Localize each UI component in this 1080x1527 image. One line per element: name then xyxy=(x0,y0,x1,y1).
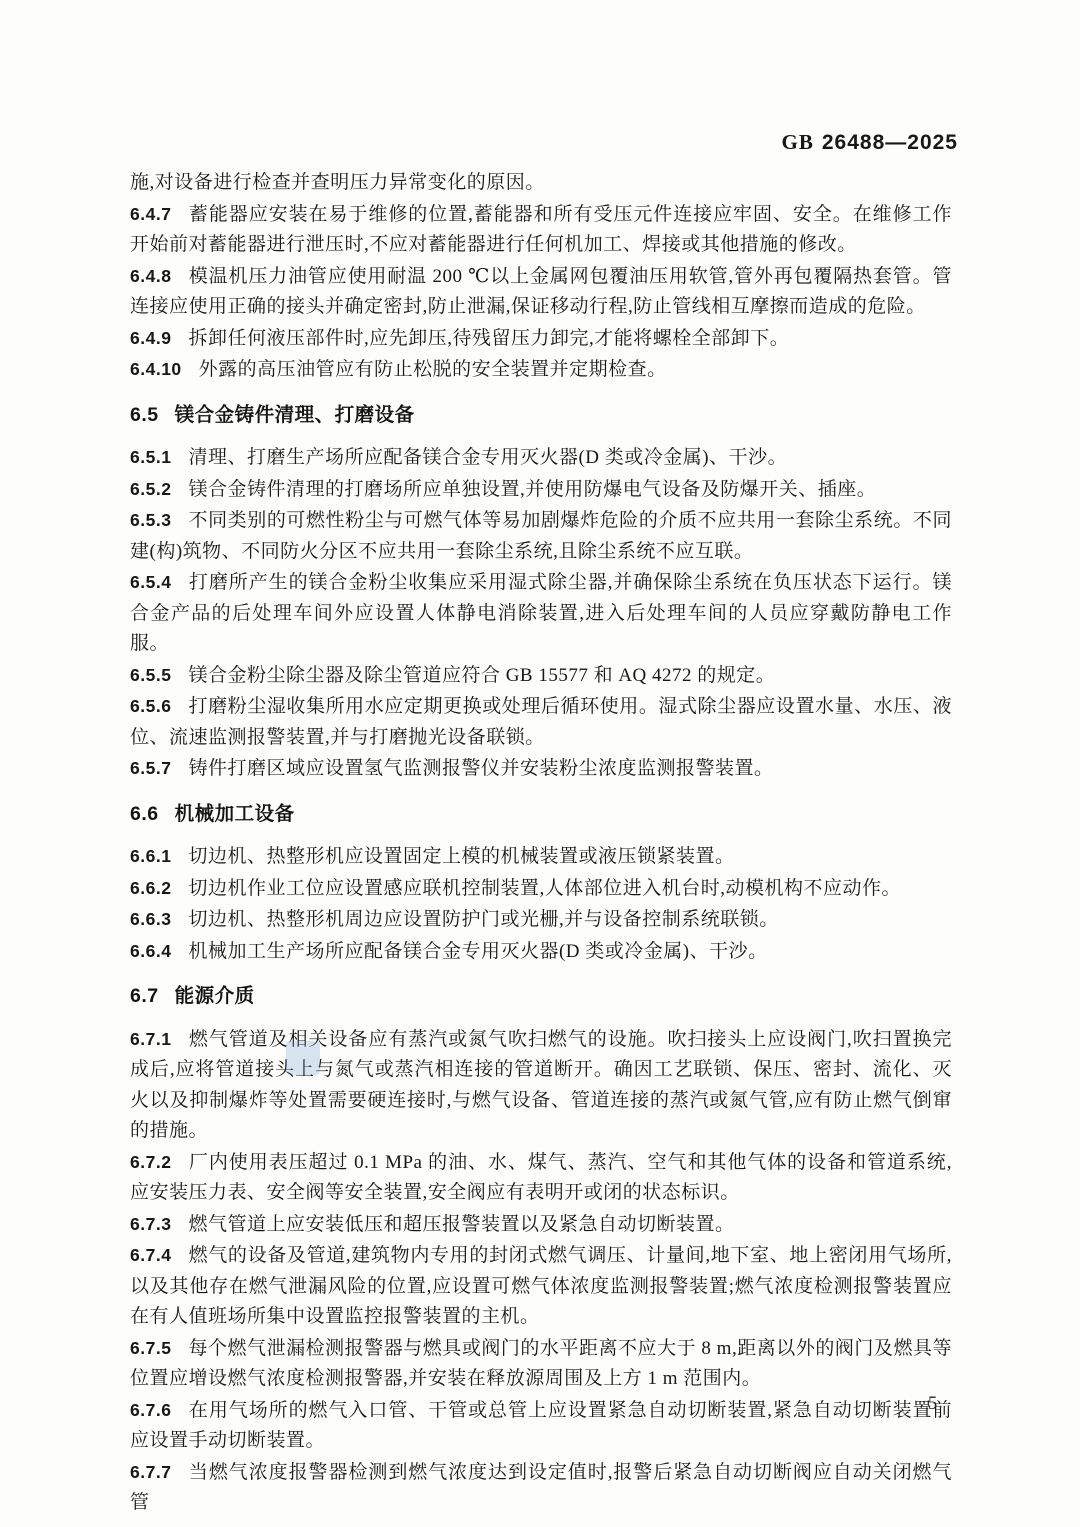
clause-paragraph: 6.7.5每个燃气泄漏检测报警器与燃具或阀门的水平距离不应大于 8 m,距离以外… xyxy=(130,1333,952,1395)
clause-number: 6.4.9 xyxy=(130,328,171,348)
clause-text: 清理、打磨生产场所应配备镁合金专用灭火器(D 类或冷金属)、干沙。 xyxy=(188,447,787,468)
clause-number: 6.4.7 xyxy=(130,204,171,224)
clause-paragraph: 6.5.2镁合金铸件清理的打磨场所应单独设置,并使用防爆电气设备及防爆开关、插座… xyxy=(130,474,952,506)
clause-number: 6.5.2 xyxy=(130,479,171,499)
clause-number: 6.7.3 xyxy=(130,1214,171,1234)
heading-number: 6.7 xyxy=(130,985,159,1007)
clause-text: 铸件打磨区域应设置氢气监测报警仪并安装粉尘浓度监测报警装置。 xyxy=(188,758,773,779)
clause-text: 厂内使用表压超过 0.1 MPa 的油、水、煤气、蒸汽、空气和其他气体的设备和管… xyxy=(130,1152,952,1204)
clause-paragraph: 6.5.3不同类别的可燃性粉尘与可燃气体等易加剧爆炸危险的介质不应共用一套除尘系… xyxy=(130,505,952,567)
clause-text: 切边机作业工位应设置感应联机控制装置,人体部位进入机台时,动模机构不应动作。 xyxy=(188,878,901,899)
heading-number: 6.5 xyxy=(130,404,159,426)
clause-paragraph: 6.4.7蓄能器应安装在易于维修的位置,蓄能器和所有受压元件连接应牢固、安全。在… xyxy=(130,199,952,261)
clause-paragraph: 6.7.1燃气管道及相关设备应有蒸汽或氮气吹扫燃气的设施。吹扫接头上应设阀门,吹… xyxy=(130,1024,952,1147)
clause-number: 6.7.4 xyxy=(130,1245,171,1265)
standard-number: GB26488—2025 xyxy=(782,130,958,155)
clause-text: 机械加工生产场所应配备镁合金专用灭火器(D 类或冷金属)、干沙。 xyxy=(188,941,767,962)
clause-number: 6.5.6 xyxy=(130,696,171,716)
clause-paragraph: 6.4.10外露的高压油管应有防止松脱的安全装置并定期检查。 xyxy=(130,354,952,386)
clause-number: 6.5.5 xyxy=(130,665,171,685)
clause-text: 打磨所产生的镁合金粉尘收集应采用湿式除尘器,并确保除尘系统在负压状态下运行。镁合… xyxy=(130,572,952,654)
clause-text: 燃气管道上应安装低压和超压报警装置以及紧急自动切断装置。 xyxy=(188,1214,734,1235)
clause-paragraph: 6.5.5镁合金粉尘除尘器及除尘管道应符合 GB 15577 和 AQ 4272… xyxy=(130,660,952,692)
standard-code-prefix: GB xyxy=(782,130,814,154)
clause-paragraph: 6.6.4机械加工生产场所应配备镁合金专用灭火器(D 类或冷金属)、干沙。 xyxy=(130,936,952,968)
clause-paragraph: 6.5.6打磨粉尘湿收集所用水应定期更换或处理后循环使用。湿式除尘器应设置水量、… xyxy=(130,691,952,753)
clause-paragraph: 6.6.1切边机、热整形机应设置固定上模的机械装置或液压锁紧装置。 xyxy=(130,841,952,873)
clause-text: 蓄能器应安装在易于维修的位置,蓄能器和所有受压元件连接应牢固、安全。在维修工作开… xyxy=(130,204,952,256)
clause-text: 外露的高压油管应有防止松脱的安全装置并定期检查。 xyxy=(199,359,667,380)
clause-text: 镁合金粉尘除尘器及除尘管道应符合 GB 15577 和 AQ 4272 的规定。 xyxy=(188,665,775,686)
clause-number: 6.6.2 xyxy=(130,878,171,898)
heading-title: 能源介质 xyxy=(175,985,255,1007)
clause-number: 6.7.1 xyxy=(130,1029,171,1049)
clause-number: 6.5.3 xyxy=(130,510,171,530)
continuation-paragraph: 施,对设备进行检查并查明压力异常变化的原因。 xyxy=(130,168,952,199)
watermark-stamp xyxy=(286,1041,320,1075)
clause-text: 切边机、热整形机周边应设置防护门或光栅,并与设备控制系统联锁。 xyxy=(188,909,778,930)
clause-number: 6.4.10 xyxy=(130,359,182,379)
standard-code-number: 26488—2025 xyxy=(822,131,958,154)
clause-number: 6.5.7 xyxy=(130,758,171,778)
clause-number: 6.7.6 xyxy=(130,1400,171,1420)
clause-number: 6.6.4 xyxy=(130,941,171,961)
clause-paragraph: 6.6.2切边机作业工位应设置感应联机控制装置,人体部位进入机台时,动模机构不应… xyxy=(130,873,952,905)
clause-text: 不同类别的可燃性粉尘与可燃气体等易加剧爆炸危险的介质不应共用一套除尘系统。不同建… xyxy=(130,510,952,562)
clause-number: 6.7.7 xyxy=(130,1462,171,1482)
clause-paragraph: 6.5.1清理、打磨生产场所应配备镁合金专用灭火器(D 类或冷金属)、干沙。 xyxy=(130,442,952,474)
page-number: 5 xyxy=(928,1394,937,1415)
clause-number: 6.4.8 xyxy=(130,266,171,286)
clause-number: 6.6.1 xyxy=(130,846,171,866)
clause-text: 施,对设备进行检查并查明压力异常变化的原因。 xyxy=(130,172,545,193)
clause-number: 6.7.5 xyxy=(130,1338,171,1358)
clause-text: 打磨粉尘湿收集所用水应定期更换或处理后循环使用。湿式除尘器应设置水量、水压、液位… xyxy=(130,696,952,748)
heading-title: 镁合金铸件清理、打磨设备 xyxy=(175,404,415,426)
clause-text: 拆卸任何液压部件时,应先卸压,待残留压力卸完,才能将螺栓全部卸下。 xyxy=(188,328,789,349)
clause-text: 切边机、热整形机应设置固定上模的机械装置或液压锁紧装置。 xyxy=(188,846,734,867)
clause-text: 燃气的设备及管道,建筑物内专用的封闭式燃气调压、计量间,地下室、地上密闭用气场所… xyxy=(130,1245,952,1327)
clause-paragraph: 6.4.9拆卸任何液压部件时,应先卸压,待残留压力卸完,才能将螺栓全部卸下。 xyxy=(130,323,952,355)
clause-paragraph: 6.7.4燃气的设备及管道,建筑物内专用的封闭式燃气调压、计量间,地下室、地上密… xyxy=(130,1240,952,1333)
document-page: GB26488—2025 施,对设备进行检查并查明压力异常变化的原因。6.4.7… xyxy=(0,0,1080,1527)
clause-text: 每个燃气泄漏检测报警器与燃具或阀门的水平距离不应大于 8 m,距离以外的阀门及燃… xyxy=(130,1338,952,1390)
heading-title: 机械加工设备 xyxy=(175,803,295,825)
clause-paragraph: 6.7.2厂内使用表压超过 0.1 MPa 的油、水、煤气、蒸汽、空气和其他气体… xyxy=(130,1147,952,1209)
clause-paragraph: 6.7.6在用气场所的燃气入口管、干管或总管上应设置紧急自动切断装置,紧急自动切… xyxy=(130,1395,952,1457)
clause-text: 当燃气浓度报警器检测到燃气浓度达到设定值时,报警后紧急自动切断阀应自动关闭燃气管 xyxy=(130,1462,952,1514)
clause-number: 6.5.1 xyxy=(130,447,171,467)
section-heading: 6.6机械加工设备 xyxy=(130,799,952,830)
clause-paragraph: 6.5.7铸件打磨区域应设置氢气监测报警仪并安装粉尘浓度监测报警装置。 xyxy=(130,753,952,785)
clause-paragraph: 6.7.7当燃气浓度报警器检测到燃气浓度达到设定值时,报警后紧急自动切断阀应自动… xyxy=(130,1457,952,1519)
clause-paragraph: 6.6.3切边机、热整形机周边应设置防护门或光栅,并与设备控制系统联锁。 xyxy=(130,904,952,936)
clause-text: 在用气场所的燃气入口管、干管或总管上应设置紧急自动切断装置,紧急自动切断装置前应… xyxy=(130,1400,952,1452)
section-heading: 6.7能源介质 xyxy=(130,981,952,1012)
clause-number: 6.6.3 xyxy=(130,909,171,929)
document-body: 施,对设备进行检查并查明压力异常变化的原因。6.4.7蓄能器应安装在易于维修的位… xyxy=(130,168,952,1519)
clause-text: 镁合金铸件清理的打磨场所应单独设置,并使用防爆电气设备及防爆开关、插座。 xyxy=(188,479,876,500)
clause-paragraph: 6.5.4打磨所产生的镁合金粉尘收集应采用湿式除尘器,并确保除尘系统在负压状态下… xyxy=(130,567,952,660)
section-heading: 6.5镁合金铸件清理、打磨设备 xyxy=(130,400,952,431)
clause-paragraph: 6.4.8模温机压力油管应使用耐温 200 ℃以上金属网包覆油压用软管,管外再包… xyxy=(130,261,952,323)
clause-text: 燃气管道及相关设备应有蒸汽或氮气吹扫燃气的设施。吹扫接头上应设阀门,吹扫置换完成… xyxy=(130,1029,952,1142)
heading-number: 6.6 xyxy=(130,803,159,825)
clause-number: 6.5.4 xyxy=(130,572,171,592)
clause-number: 6.7.2 xyxy=(130,1152,171,1172)
clause-paragraph: 6.7.3燃气管道上应安装低压和超压报警装置以及紧急自动切断装置。 xyxy=(130,1209,952,1241)
clause-text: 模温机压力油管应使用耐温 200 ℃以上金属网包覆油压用软管,管外再包覆隔热套管… xyxy=(130,266,952,318)
